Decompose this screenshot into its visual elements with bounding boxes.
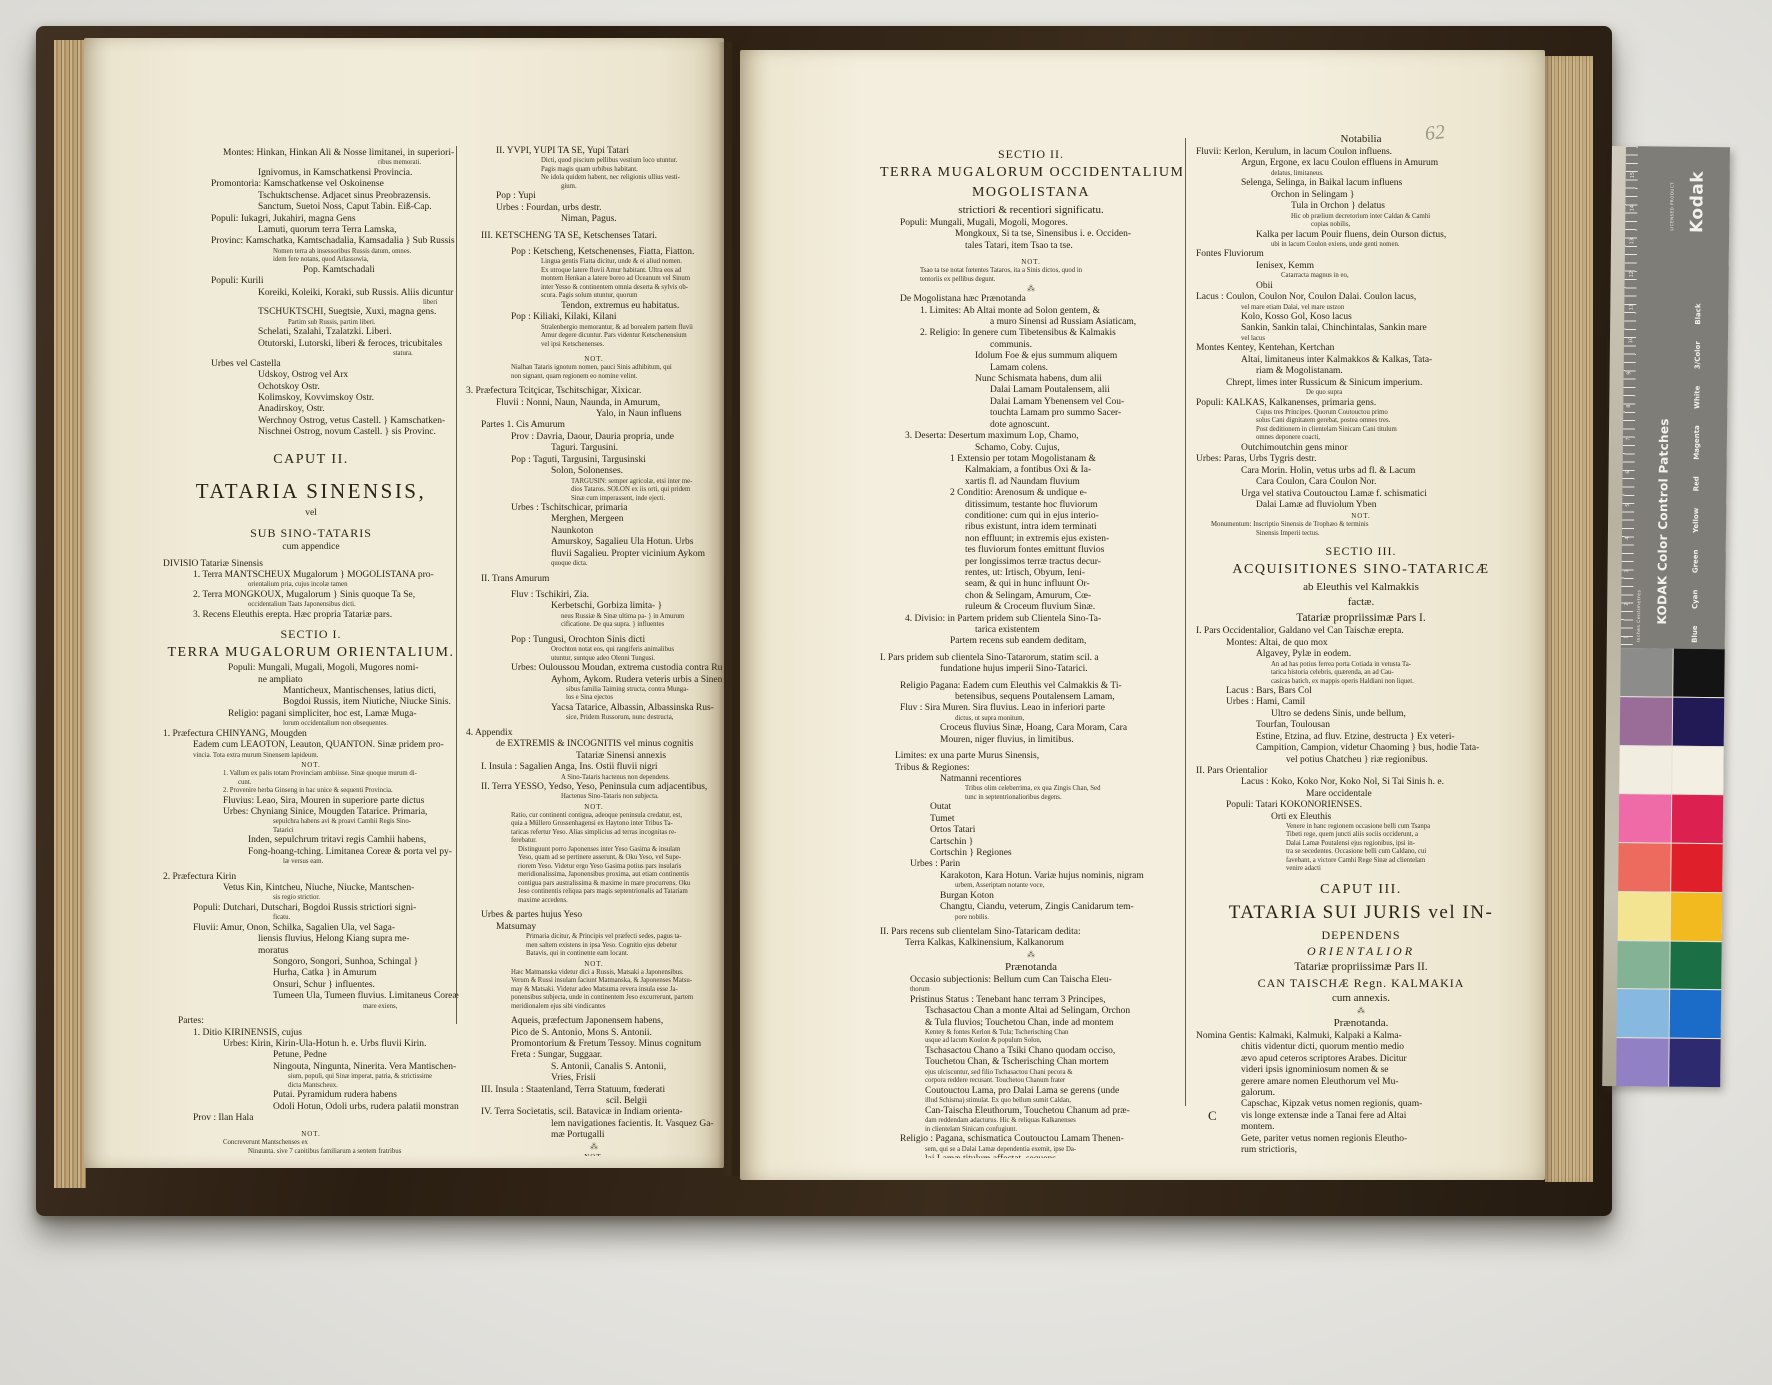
text-line: Mare occidentale <box>1196 789 1526 800</box>
text-line: Ex utroque latere fluvii Amur habitant. … <box>466 267 722 276</box>
ruler-number: 12 <box>1629 271 1635 277</box>
text-line: læ versus eam. <box>163 858 459 867</box>
text-line: TSCHUKTSCHI, Suegtsie, Xuxi, magna gens. <box>163 307 459 318</box>
text-line: 2. Provenire herba Ginseng in hac unice … <box>163 787 459 796</box>
text-line: Pico de S. Antonio, Mons S. Antonii. <box>466 1028 722 1039</box>
text-line: Merghen, Mergeen <box>466 514 722 525</box>
text-line: sium, populi, qui Sinæ imperat, patria, … <box>163 1073 459 1082</box>
text-line: urbem, Asseriptam notante voce, <box>880 882 1182 891</box>
text-line: Cujus tres Principes. Quorum Coutouctou … <box>1196 409 1526 418</box>
text-line: Touchetou Chan, & Tscherisching Chan mor… <box>880 1057 1182 1068</box>
text-line: Lamuti, quorum terra Terra Lamska, <box>163 225 459 236</box>
text-line: Urbes : Hami, Camil <box>1196 697 1526 708</box>
text-line: Populi: Tatari KOKONORIENSES. <box>1196 800 1526 811</box>
text-line: cum annexis. <box>1196 991 1526 1006</box>
text-line: riam & Mogolistanam. <box>1196 366 1526 377</box>
text-line: Nialhan Tataris ignotum nomen, pauci Sin… <box>466 364 722 373</box>
text-line: Ortos Tatari <box>880 825 1182 836</box>
patch-saturated <box>1669 1039 1721 1087</box>
text-line: II. Pars Orientalior <box>1196 766 1526 777</box>
text-line: Kalmakiam, a fontibus Oxi & Ia- <box>880 465 1182 476</box>
text-line: liensis fluvius, Helong Kiang supra me- <box>163 934 459 945</box>
text-line: Verum & Russi insulam faciunt Matmanska,… <box>466 977 722 986</box>
text-line: vel mare etiam Dalai, vel mare ustzon <box>1196 304 1526 313</box>
text-line: Tumet <box>880 814 1182 825</box>
text-line <box>1196 874 1526 879</box>
patch-row <box>1620 648 1724 697</box>
text-line: 3. Deserta: Desertum maximum Lop, Chamo, <box>880 431 1182 442</box>
text-line: Tatariæ propriissimæ Pars I. <box>1196 610 1526 626</box>
text-line: Pop : Kiliaki, Kilaki, Kilani <box>466 312 722 323</box>
text-line: sibus familia Taiming structa, contra Mu… <box>466 686 722 695</box>
left-page-column-2: II. YVPI, YUPI TA SE, Yupi TatariDicti, … <box>466 146 722 1156</box>
text-line: Croceus fluvius Sinæ, Hoang, Cara Moram,… <box>880 723 1182 734</box>
text-line: CAPUT II. <box>163 450 459 469</box>
text-line: Populi: Iukagri, Jukahiri, magna Gens <box>163 214 459 225</box>
text-line: ponensibus subjecta, unde in continentem… <box>466 994 722 1003</box>
text-line: Freta : Sungar, Suggaar. <box>466 1050 722 1061</box>
text-line: dote agnoscunt. <box>880 420 1182 431</box>
patch-row <box>1619 745 1724 795</box>
text-line: ribus memorati. <box>163 159 459 168</box>
text-line: Tschasactou Chan a monte Altai ad Seling… <box>880 1006 1182 1017</box>
text-line: vel lacus <box>1196 335 1526 344</box>
text-line: Lacus : Coulon, Coulon Nor, Coulon Dalai… <box>1196 292 1526 303</box>
ruler-number: 9 <box>1626 372 1632 375</box>
text-line: Urbes & partes hujus Yeso <box>466 910 722 921</box>
text-line: Burgan Koton <box>880 891 1182 902</box>
text-line: Dicti, quod piscium pellibus vestium loc… <box>466 157 722 166</box>
text-line: Tsao ta tse notat fœtentes Tataros, ita … <box>880 267 1182 276</box>
text-line: Schamo, Coby. Cujus, <box>880 443 1182 454</box>
text-line: Udskoy, Ostrog vel Arx <box>163 370 459 381</box>
text-line: Notabilia <box>1196 132 1526 147</box>
text-line: sis regio strictior. <box>163 894 459 903</box>
text-line: dam reddendam adacturus. Hic & reliquas … <box>880 1117 1182 1126</box>
text-line: Orchon in Selingam } <box>1196 190 1526 201</box>
text-line: Fluv : Sira Muren. Sira fluvius. Leao in… <box>880 703 1182 714</box>
ruler-number: 14 <box>1630 205 1636 211</box>
patch-row <box>1619 793 1724 843</box>
text-line: non effluunt; in extremis ejus existen- <box>880 534 1182 545</box>
text-line: & Tula fluvios; Touchetou Chan, inde ad … <box>880 1018 1182 1029</box>
text-line: Promontoria: Kamschatkense vel Oskoinens… <box>163 179 459 190</box>
text-line: Distinguunt porro Japonenses inter Yeso … <box>466 846 722 855</box>
text-line: Fluv : Tschikiri, Zia. <box>466 590 722 601</box>
text-line: Jeso continentis reliqua pars magis sept… <box>466 888 722 897</box>
patch-saturated <box>1669 990 1721 1038</box>
text-line: Yeso, quam ad se pertinere asserunt, & O… <box>466 854 722 863</box>
text-line: Tschuktschense. Adjacet sinus Preobrazen… <box>163 191 459 202</box>
text-line: Manticheux, Mantischenses, latius dicti, <box>163 686 459 697</box>
text-line: vel <box>163 507 459 520</box>
text-line: Tschasactou Chano a Tsiki Chano quodam o… <box>880 1046 1182 1057</box>
text-line: Schelati, Szalahi, Tzalatzki. Liberi. <box>163 327 459 338</box>
ruler-number: 13 <box>1629 238 1635 244</box>
text-line: SECTIO II. <box>880 146 1182 162</box>
text-line: montem. <box>1196 1122 1526 1133</box>
text-line: pore nobilis. <box>880 914 1182 923</box>
text-line: Hæc Matmanska videtur dici a Russis, Mat… <box>466 969 722 978</box>
text-line: Algavey, Pylæ in eodem. <box>1196 649 1526 660</box>
text-line: I. Pars Occidentalior, Galdano vel Can T… <box>1196 626 1526 637</box>
text-line: galorum. <box>1196 1088 1526 1099</box>
text-line: Sinensis Imperii tectus. <box>1196 530 1526 539</box>
text-line: Pop : Ketscheng, Ketschenenses, Fiatta, … <box>466 247 722 258</box>
text-line: 1 Extensio per totam Mogolistanam & <box>880 454 1182 465</box>
right-page: SECTIO II.TERRA MUGALORUM OCCIDENTALIUM,… <box>740 50 1545 1180</box>
patch-row <box>1618 842 1723 892</box>
text-line: Tumeen Ula, Tumeen fluvius. Limitaneus C… <box>163 991 459 1002</box>
text-line: 1. Præfectura CHINYANG, Mougden <box>163 729 459 740</box>
text-line: MOGOLISTANA <box>880 183 1182 202</box>
text-line: Tourfan, Toulousan <box>1196 720 1526 731</box>
kodak-color-patches <box>1616 648 1725 1087</box>
text-line: Partim sub Russis, partim liberi. <box>163 319 459 328</box>
text-line: Populi: Mungali, Mugali, Mogoli, Mogores… <box>880 218 1182 229</box>
text-line: videri ipsis ignominiosum nomen & se <box>1196 1065 1526 1076</box>
text-line: Inden, sepulchrum tritavi regis Camhii h… <box>163 835 459 846</box>
text-line: corpora reddere recusant. Touchetou Chan… <box>880 1077 1182 1086</box>
text-line: Montes: Hinkan, Hinkan Ali & Nosse limit… <box>163 148 459 159</box>
text-line: Nunc Schismata habens, dum alii <box>880 374 1182 385</box>
text-line: Koreiki, Koleiki, Koraki, sub Russis. Al… <box>163 288 459 299</box>
text-line: Post deditionem in clientelam Sinicam Ca… <box>1196 426 1526 435</box>
text-line: Occasio subjectionis: Bellum cum Can Tai… <box>880 975 1182 986</box>
text-line: Mouren, niger fluvius, in limitibus. <box>880 735 1182 746</box>
ruler-number: 4 <box>1624 537 1630 540</box>
text-line: Vries, Frisii <box>466 1073 722 1084</box>
text-line: Religio : Pagana, schismatica Coutouctou… <box>880 1134 1182 1145</box>
text-line: Hic ob prælium decretorium inter Caldan … <box>1196 213 1526 222</box>
text-line: xartis fl. ad Naundam fluvium <box>880 477 1182 488</box>
text-line: Amurskoy, Sagalieu Ula Hotun. Urbs <box>466 537 722 548</box>
text-line: Provinc: Kamschatka, Kamtschadalia, Kams… <box>163 236 459 247</box>
text-line: Lamam colens. <box>880 363 1182 374</box>
text-line: 1. Terra MANTSCHEUX Mugalorum } MOGOLIST… <box>163 570 459 581</box>
ruler-number: 8 <box>1626 405 1632 408</box>
text-line: rum strictioris, <box>1196 1145 1526 1156</box>
text-line: omnes deponere coacti, <box>1196 434 1526 443</box>
text-line: Sinæ cum imperassent, inde ejecti. <box>466 495 722 504</box>
text-line: idem fere notans, quod Atlassowia, <box>163 256 459 265</box>
patch-light <box>1619 746 1672 794</box>
text-line: Nomen terra ab insessoribus Russis datum… <box>163 248 459 257</box>
patch-light <box>1617 990 1670 1038</box>
text-line: CAN TAISCHÆ Regn. KALMAKIA <box>1196 975 1526 991</box>
left-page-column-1: Montes: Hinkan, Hinkan Ali & Nosse limit… <box>163 148 459 1153</box>
text-line: Eadem cum LEAOTON, Leauton, QUANTON. Sin… <box>163 740 459 751</box>
text-line: Prænotanda <box>880 960 1182 975</box>
text-line: occidentalium Taats Japonensibus dicti. <box>163 601 459 610</box>
text-line: ⁂ <box>466 1142 722 1152</box>
patch-light <box>1620 697 1673 745</box>
patch-light <box>1619 794 1672 842</box>
text-line: Tendon, extremus eu habitatus. <box>466 301 722 312</box>
text-line: ruleum & Croceum fluvium Sinæ. <box>880 602 1182 613</box>
text-line: Selenga, Selinga, in Baikal lacum influe… <box>1196 178 1526 189</box>
text-line: venire adacti <box>1196 865 1526 874</box>
text-line: Niman, Pagus. <box>466 214 722 225</box>
text-line: dios Tataros. SOLON ex iis orti, qui pri… <box>466 486 722 495</box>
text-line: tarica historia celebris, quærenda, an a… <box>1196 669 1526 678</box>
text-line: ne ampliato <box>163 675 459 686</box>
text-line: illud Schisma) stimulat. Ex quo bellum s… <box>880 1097 1182 1106</box>
text-line: Songoro, Songori, Sunhoa, Schingal } <box>163 957 459 968</box>
text-line: lai Lamæ titulum affectat, sequens, <box>880 1154 1182 1158</box>
text-line: Odoli Hotun, Odoli urbs, rudera palatii … <box>163 1102 459 1113</box>
text-line: montem Henkan a latere boreo ad Oceanum … <box>466 275 722 284</box>
text-line: Dalai Lamæ ad fluviolum Yben <box>1196 500 1526 511</box>
text-line: riorem Yeso. Videtur ergo Yeso Gasima po… <box>466 863 722 872</box>
text-line: Bogdoi Russis, item Niutiche, Niucke Sin… <box>163 697 459 708</box>
text-line: a muro Sinensi ad Russiam Asiaticam, <box>880 317 1182 328</box>
text-line: Montes Kentey, Kentehan, Kertchan <box>1196 343 1526 354</box>
text-line: Prov : Ilan Hala <box>163 1113 459 1124</box>
text-line: Ayhom, Aykom. Rudera veteris urbis a Sin… <box>466 675 722 686</box>
text-line: factæ. <box>1196 595 1526 610</box>
text-line: Kentey & fontes Kerlon & Tula; Tscherisc… <box>880 1029 1182 1038</box>
text-line: strictiori & recentiori significatu. <box>880 203 1182 218</box>
text-line: Ratio, cur continenti contigua, adeoque … <box>466 812 722 821</box>
text-line: vis longe extensæ inde a Tanai fere ad A… <box>1196 1111 1526 1122</box>
text-line: Montes: Altai, de quo mox <box>1196 638 1526 649</box>
text-line: Orti ex Eleuthis <box>1196 812 1526 823</box>
text-line: I. Pars pridem sub clientela Sino-Tataro… <box>880 653 1182 664</box>
text-line: inter Yesso & continentem omnia deserta … <box>466 284 722 293</box>
text-line: Ochotskoy Ostr. <box>163 382 459 393</box>
text-line: Idolum Foe & ejus summum aliquem <box>880 351 1182 362</box>
text-line: fundatione hujus imperii Sino-Tatarici. <box>880 664 1182 675</box>
kodak-strip-main: 123456789101112131415 Kodak LICENSED PRO… <box>1616 146 1730 1087</box>
text-line: DEPENDENS <box>1196 927 1526 943</box>
text-line: Fong-hoang-tching. Limitanea Coreæ & por… <box>163 847 459 858</box>
text-line: liberi <box>163 299 459 308</box>
text-line: Obii <box>1196 281 1526 292</box>
text-line: Hactenus Sino-Tataris non subjecta. <box>466 793 722 802</box>
text-line: TERRA MUGALORUM ORIENTALIUM. <box>163 643 459 662</box>
text-line: An ad has potius ferrea porta Cotiada in… <box>1196 661 1526 670</box>
text-line: Changtu, Ciandu, veterum, Zingis Canidar… <box>880 902 1182 913</box>
text-line: Fontes Fluviorum <box>1196 249 1526 260</box>
text-line: casicas batich, ex mappis operis Haldian… <box>1196 678 1526 687</box>
text-line: Can-Taischa Eleuthorum, Touchetou Chanum… <box>880 1106 1182 1117</box>
text-line: contigua pars australissima & maxime in … <box>466 880 722 889</box>
text-line: sem, qui se a Dalai Lamæ dependentia exe… <box>880 1146 1182 1155</box>
text-line: TERRA MUGALORUM OCCIDENTALIUM, <box>880 163 1182 182</box>
text-line: ferebatur. <box>466 837 722 846</box>
text-line: Putai. Pyramidum rudera habens <box>163 1090 459 1101</box>
ruler-number: 6 <box>1625 471 1631 474</box>
ruler-number: 7 <box>1626 438 1632 441</box>
text-line: Nischnei Ostrog, novum Castell. } sis Pr… <box>163 427 459 438</box>
text-line: II. Trans Amurum <box>466 574 722 585</box>
text-line: dicta Mantscheux. <box>163 1082 459 1091</box>
text-line: seam, & qui in hunc influunt Or- <box>880 579 1182 590</box>
right-page-column-1: SECTIO II.TERRA MUGALORUM OCCIDENTALIUM,… <box>880 146 1182 1158</box>
text-line: Estine, Etzina, ad fluv. Etzine, destruc… <box>1196 732 1526 743</box>
text-line: tarica existentem <box>880 625 1182 636</box>
text-line: ab Eleuthis vel Kalmakkis <box>1196 580 1526 595</box>
patch-saturated <box>1672 697 1724 745</box>
text-line: Ultro se dedens Sinis, unde bellum, <box>1196 709 1526 720</box>
text-line: Tribus olim celeberrima, ex qua Zingis C… <box>880 785 1182 794</box>
text-line: Tula in Orchon } delatus <box>1196 201 1526 212</box>
text-line: ⁂ <box>1196 1006 1526 1016</box>
text-line: cunt. <box>163 779 459 788</box>
patch-row <box>1618 891 1723 941</box>
text-line: Ignivomus, in Kamschatkensi Provincia. <box>163 168 459 179</box>
patch-light <box>1618 892 1671 940</box>
text-line: Kalka per lacum Pouir fluens, dein Ourso… <box>1196 230 1526 241</box>
text-line: Vetus Kin, Kintcheu, Niuche, Niucke, Man… <box>163 883 459 894</box>
page-edges-right <box>1545 56 1593 1182</box>
patch-light <box>1617 941 1670 989</box>
text-line: De quo supra <box>1196 389 1526 398</box>
text-line: quia a Müllero Grossenhagensi ex Haytono… <box>466 820 722 829</box>
text-line: Argun, Ergone, ex lacu Coulon effluens i… <box>1196 158 1526 169</box>
text-line: Urbes : Fourdan, urbs destr. <box>466 203 722 214</box>
text-line: 3. Præfectura Tcitçicar, Tschitschigar, … <box>466 386 722 397</box>
text-line: Ne idola quidem habent, nec religionis u… <box>466 174 722 183</box>
text-line: Yacsa Tatarice, Albassin, Albassinska Ru… <box>466 703 722 714</box>
text-line: 1. Limites: Ab Altai monte ad Solon gent… <box>880 306 1182 317</box>
patch-row <box>1617 989 1722 1039</box>
text-line: Lacus : Koko, Koko Nor, Koko Nol, Si Tai… <box>1196 777 1526 788</box>
text-line: SECTIO III. <box>1196 543 1526 559</box>
patch-saturated <box>1671 795 1723 843</box>
text-line: Mongkoux, Si ta tse, Sinensibus i. e. Oc… <box>880 229 1182 240</box>
text-line: gerere amare nomen Eleuthorum vel Mu- <box>1196 1077 1526 1088</box>
text-line: 2 Conditio: Arenosum & undique e- <box>880 488 1182 499</box>
text-line: NOT. <box>163 760 459 770</box>
text-line: I. Insula : Sagalien Anga, Ins. Ostii fl… <box>466 762 722 773</box>
text-line: cum appendice <box>163 541 459 554</box>
text-line: NOT. <box>466 1152 722 1156</box>
kodak-licensed-product-label: LICENSED PRODUCT <box>1669 182 1675 231</box>
text-line: communis. <box>880 340 1182 351</box>
text-line: Urbes: Kirin, Kirin-Ula-Hotun h. e. Urbs… <box>163 1039 459 1050</box>
text-line: usque ad lacum Koulon & populum Solon, <box>880 1037 1182 1046</box>
text-line: conditione: cum qui in ejus interio- <box>880 511 1182 522</box>
column-divider-rule <box>1185 138 1186 1106</box>
text-line: 4. Divisio: in Partem pridem sub Cliente… <box>880 614 1182 625</box>
patch-saturated <box>1673 649 1725 697</box>
text-line: 4. Appendix <box>466 728 722 739</box>
text-line: Kolimskoy, Kovvimskoy Ostr. <box>163 393 459 404</box>
text-line: vel potius Chatcheu } riæ regionibus. <box>1196 755 1526 766</box>
patch-row <box>1616 1037 1721 1087</box>
text-line: solus Cani dignitatem gerebat, postea om… <box>1196 417 1526 426</box>
text-line: Religio: pagani simpliciter, hoc est, La… <box>163 709 459 720</box>
text-line: Tatariæ Sinensi annexis <box>466 751 722 762</box>
text-line: ORIENTALIOR <box>1196 943 1526 959</box>
text-line: De Mogolistana hæc Prænotanda <box>880 294 1182 305</box>
text-line: Prov : Davria, Daour, Dauria propria, un… <box>466 432 722 443</box>
text-line: Urbes : Parin <box>880 859 1182 870</box>
text-line: 3. Recens Eleuthis erepta. Hæc propria T… <box>163 610 459 621</box>
text-line: non signant, quam regionem eo nomine vel… <box>466 373 722 382</box>
text-line: rentes, ut: Irtisch, Obyum, Ieni- <box>880 568 1182 579</box>
text-line: Urbes : Tschitschicar, primaria <box>466 503 722 514</box>
text-line: Hurha, Catka } in Amurum <box>163 968 459 979</box>
text-line: Populi: KALKAS, Kalkanenses, primaria ge… <box>1196 398 1526 409</box>
text-line: NOT. <box>466 802 722 812</box>
handwritten-page-number: 62 <box>1424 121 1446 146</box>
text-line: lem navigationes facientis. It. Vasquez … <box>466 1119 722 1130</box>
patch-light <box>1620 648 1673 696</box>
text-line: Cartschin } <box>880 837 1182 848</box>
text-line: Stralenbergio memorantur, & ad borealem … <box>466 324 722 333</box>
text-line: II. YVPI, YUPI TA SE, Yupi Tatari <box>466 146 722 157</box>
printer-signature-mark: C <box>1208 1108 1217 1124</box>
text-line: tes fluviorum fontes emittunt fluvios <box>880 545 1182 556</box>
right-page-column-2: NotabiliaFluvii: Kerlon, Kerulum, in lac… <box>1196 132 1526 1162</box>
text-line: thorum <box>880 986 1182 995</box>
text-line: lorum occidentalium non obsequentes. <box>163 720 459 729</box>
text-line: ⁂ <box>880 950 1182 960</box>
text-line: Terra Kalkas, Kalkinensium, Kalkanorum <box>880 938 1182 949</box>
patch-row <box>1620 696 1725 746</box>
text-line: mæ Portugalli <box>466 1130 722 1141</box>
text-line: Amur degere dicuntur. Pars videntur Kets… <box>466 332 722 341</box>
ruler-number: 10 <box>1628 337 1634 343</box>
text-line: Pagis magis quam urbibus habitant. <box>466 166 722 175</box>
text-line: ⁂ <box>880 284 1182 294</box>
text-line: Urbes: Chyniang Sinice, Mougden Tatarice… <box>163 807 459 818</box>
text-line: TATARIA SUI JURIS vel IN- <box>1196 901 1526 925</box>
ruler-scale-labels: Inches Centimetres <box>1637 590 1643 643</box>
text-line: Nomina Gentis: Kalmaki, Kalmuki, Kalpaki… <box>1196 1031 1526 1042</box>
text-line: Ienisex, Kemm <box>1196 261 1526 272</box>
text-line: Limites: ex una parte Murus Sinensis, <box>880 751 1182 762</box>
text-line: IV. Terra Societatis, scil. Batavicæ in … <box>466 1107 722 1118</box>
text-line: copias nobilis, <box>1196 221 1526 230</box>
text-line: ribus existunt, intra idem terminati <box>880 522 1182 533</box>
text-line: 2. Præfectura Kirin <box>163 872 459 883</box>
kodak-title-label: KODAK Color Control Patches <box>1655 418 1671 624</box>
text-line: moratus <box>163 946 459 957</box>
text-line: NOT. <box>466 959 722 969</box>
ruler-number: 5 <box>1625 504 1631 507</box>
text-line: ficatu. <box>163 914 459 923</box>
text-line: ditissimum, testante hoc fluviorum <box>880 500 1182 511</box>
text-line: Kerbetschi, Gorbiza limita- } <box>466 601 722 612</box>
text-line: orientalium pria, cujus incolæ tamen <box>163 581 459 590</box>
text-line: TATARIA SINENSIS, <box>163 478 459 504</box>
text-line: Capschac, Kipzak vetus nomen regionis, q… <box>1196 1099 1526 1110</box>
text-line: meridionalissima, Japonensibus proxima, … <box>466 871 722 880</box>
text-line: Chrept, limes inter Russicum & Sinicum i… <box>1196 378 1526 389</box>
text-line: scura. Pagis solum utuntur, quorum <box>466 292 722 301</box>
text-line: mare exiens, <box>163 1003 459 1012</box>
text-line: gium. <box>466 183 722 192</box>
text-line: cificatione. De qua supra. } influentes <box>466 621 722 630</box>
text-line: ACQUISITIONES SINO-TATARICÆ <box>1196 560 1526 579</box>
text-line: Werchnoy Ostrog, vetus Castell. } Kamsch… <box>163 416 459 427</box>
text-line: Coutouctou Lama, pro Dalai Lama se geren… <box>880 1086 1182 1097</box>
text-line: Dalai Lamam Poutalensem, alii <box>880 385 1182 396</box>
text-line: tra se secedentes. Occasione belli cum C… <box>1196 848 1526 857</box>
patch-saturated <box>1670 941 1722 989</box>
text-line: Urbes: Ouloussou Moudan, extrema custodi… <box>466 663 722 674</box>
text-line: Pop : Yupi <box>466 191 722 202</box>
text-line: Populi: Kurili <box>163 276 459 287</box>
text-line: DIVISIO Tatariæ Sinensis <box>163 559 459 570</box>
text-line: may & Matsaki. Videtur adeo Matsuma reve… <box>466 986 722 995</box>
text-line: tales Tatari, item Tsao ta tse. <box>880 241 1182 252</box>
text-line: Yalo, in Naun influens <box>466 409 722 420</box>
